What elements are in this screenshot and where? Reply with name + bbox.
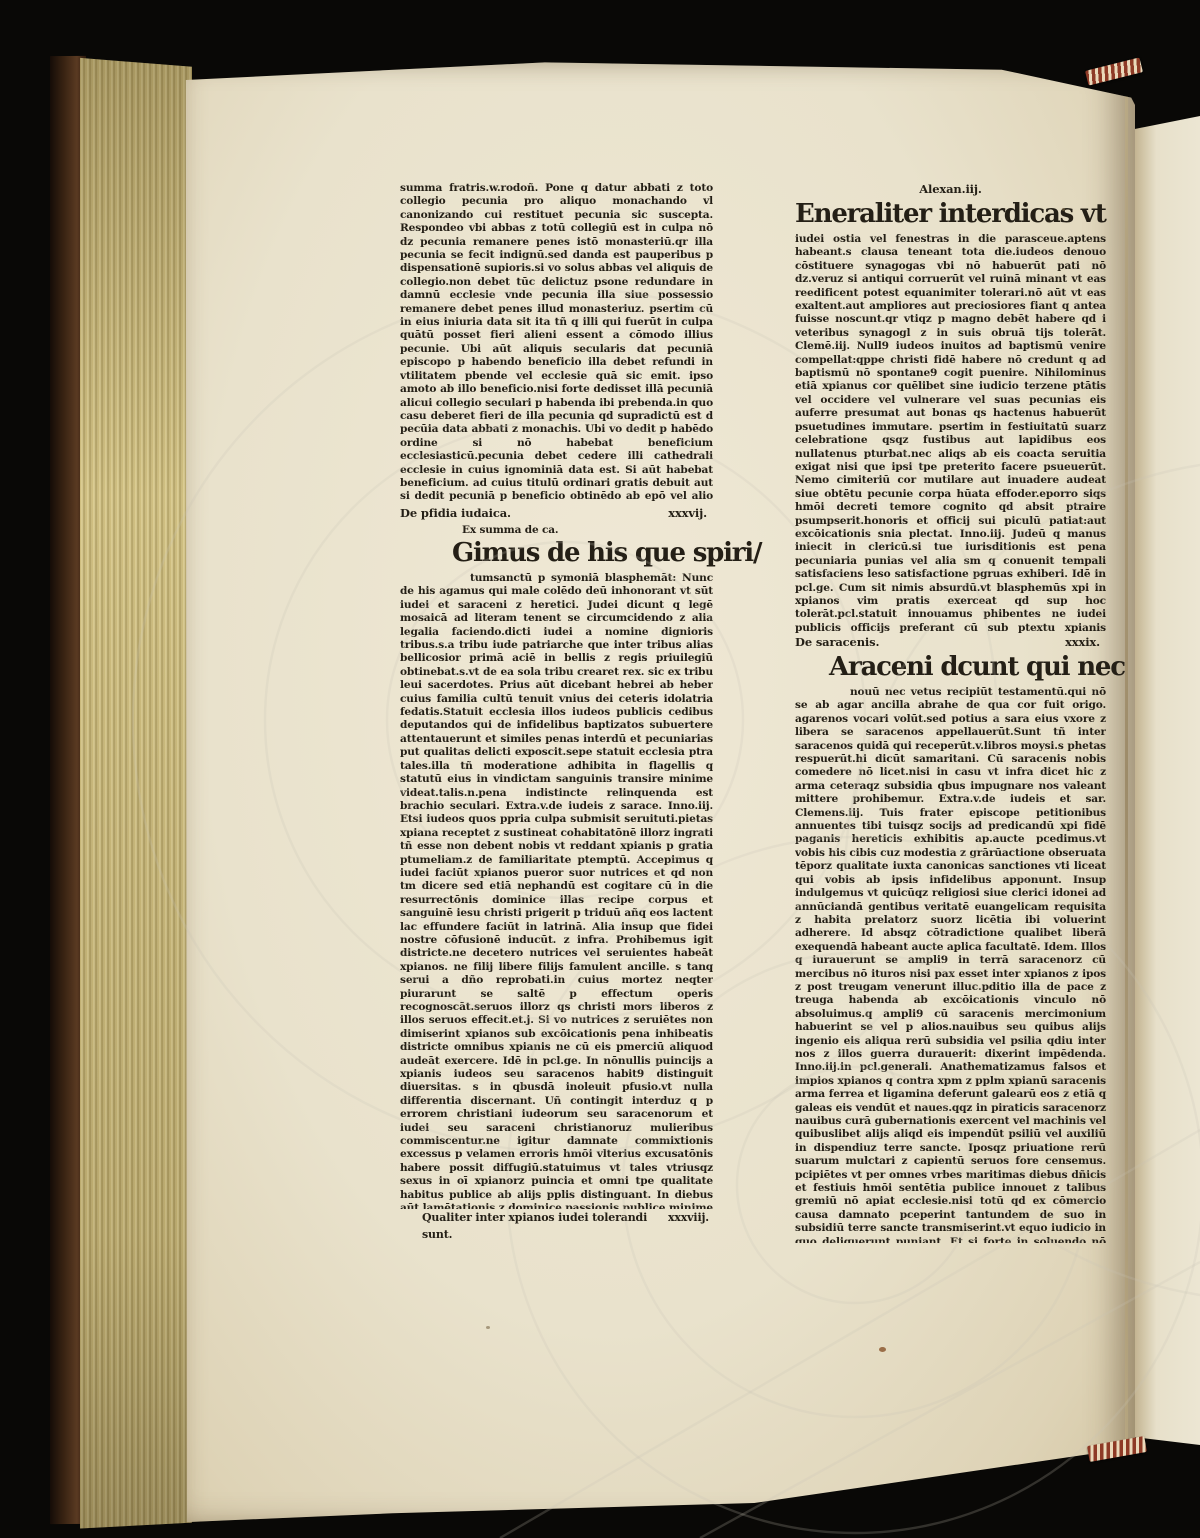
fore-edge-shading bbox=[80, 52, 192, 1530]
headband-top bbox=[1085, 57, 1143, 85]
dust-speck bbox=[1062, 208, 1065, 211]
running-head-alexander: Alexan.iij. bbox=[795, 183, 1106, 199]
right-rubric-row: De saracenis. xxxix. bbox=[795, 634, 1106, 652]
gutter-crease bbox=[1125, 95, 1128, 1459]
chapter-heading-gimus: Gimus de his que spiri/ bbox=[400, 538, 713, 572]
left-body-paragraph-1: summa fratris.w.rodoñ. Pone q datur abba… bbox=[400, 182, 713, 505]
chapter-heading-eneraliter: Eneraliter interdicas vt bbox=[795, 199, 1106, 233]
catchline-qualiter: Qualiter inter xpianos iudei tolerandi s… bbox=[400, 1209, 668, 1227]
left-catchline-row: Qualiter inter xpianos iudei tolerandi s… bbox=[400, 1209, 713, 1227]
chapter-number-xxxix: xxxix. bbox=[1065, 634, 1106, 652]
rubric-de-pfidia-iudaica: De pfidia iudaica. bbox=[400, 505, 511, 523]
book-page: summa fratris.w.rodoñ. Pone q datur abba… bbox=[183, 58, 1135, 1525]
left-body-paragraph-2: tumsanctū p symoniā blasphemāt: Nunc de … bbox=[400, 572, 713, 1209]
right-text-column: Alexan.iij. Eneraliter interdicas vt iud… bbox=[795, 183, 1106, 1243]
chapter-number-xxxviij: xxxviij. bbox=[668, 1209, 713, 1227]
right-body-paragraph-2: nouū nec vetus recipiūt testamentū.qui n… bbox=[795, 686, 1106, 1243]
fore-edge-page-stack bbox=[80, 52, 192, 1530]
source-line-ex-summa: Ex summa de ca. bbox=[400, 523, 713, 538]
right-body-paragraph-1: iudei ostia vel fenestras in die parasce… bbox=[795, 233, 1106, 634]
page-stain bbox=[879, 1347, 886, 1352]
left-rubric-row: De pfidia iudaica. xxxvij. bbox=[400, 505, 713, 523]
page-speck bbox=[486, 1326, 490, 1329]
chapter-number-xxxvij: xxxvij. bbox=[668, 505, 713, 523]
left-text-column: summa fratris.w.rodoñ. Pone q datur abba… bbox=[400, 182, 713, 1227]
book-photo: { "photo": { "background_color": "#09080… bbox=[0, 0, 1200, 1538]
facing-page-sliver bbox=[1133, 112, 1200, 1449]
chapter-heading-araceni: Araceni dcunt qui nec bbox=[795, 652, 1106, 686]
rubric-de-saracenis: De saracenis. bbox=[795, 634, 879, 652]
